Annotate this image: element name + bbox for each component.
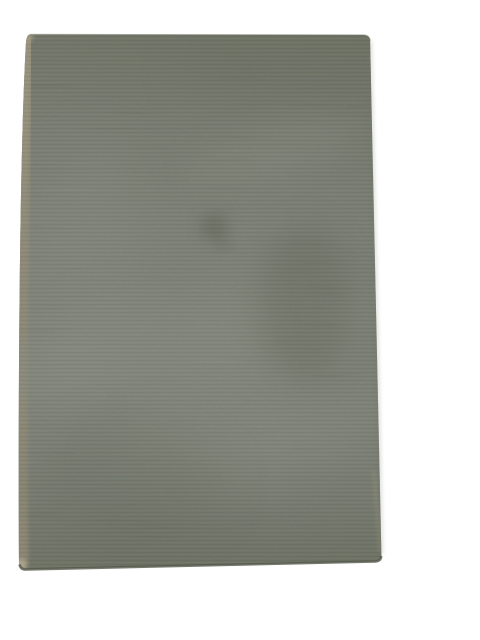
book-illustration [0, 0, 480, 640]
photo-canvas [0, 0, 480, 640]
cloth-sheen-texture [18, 30, 384, 575]
book-photo [0, 0, 480, 640]
book-cover-shading [0, 30, 435, 575]
